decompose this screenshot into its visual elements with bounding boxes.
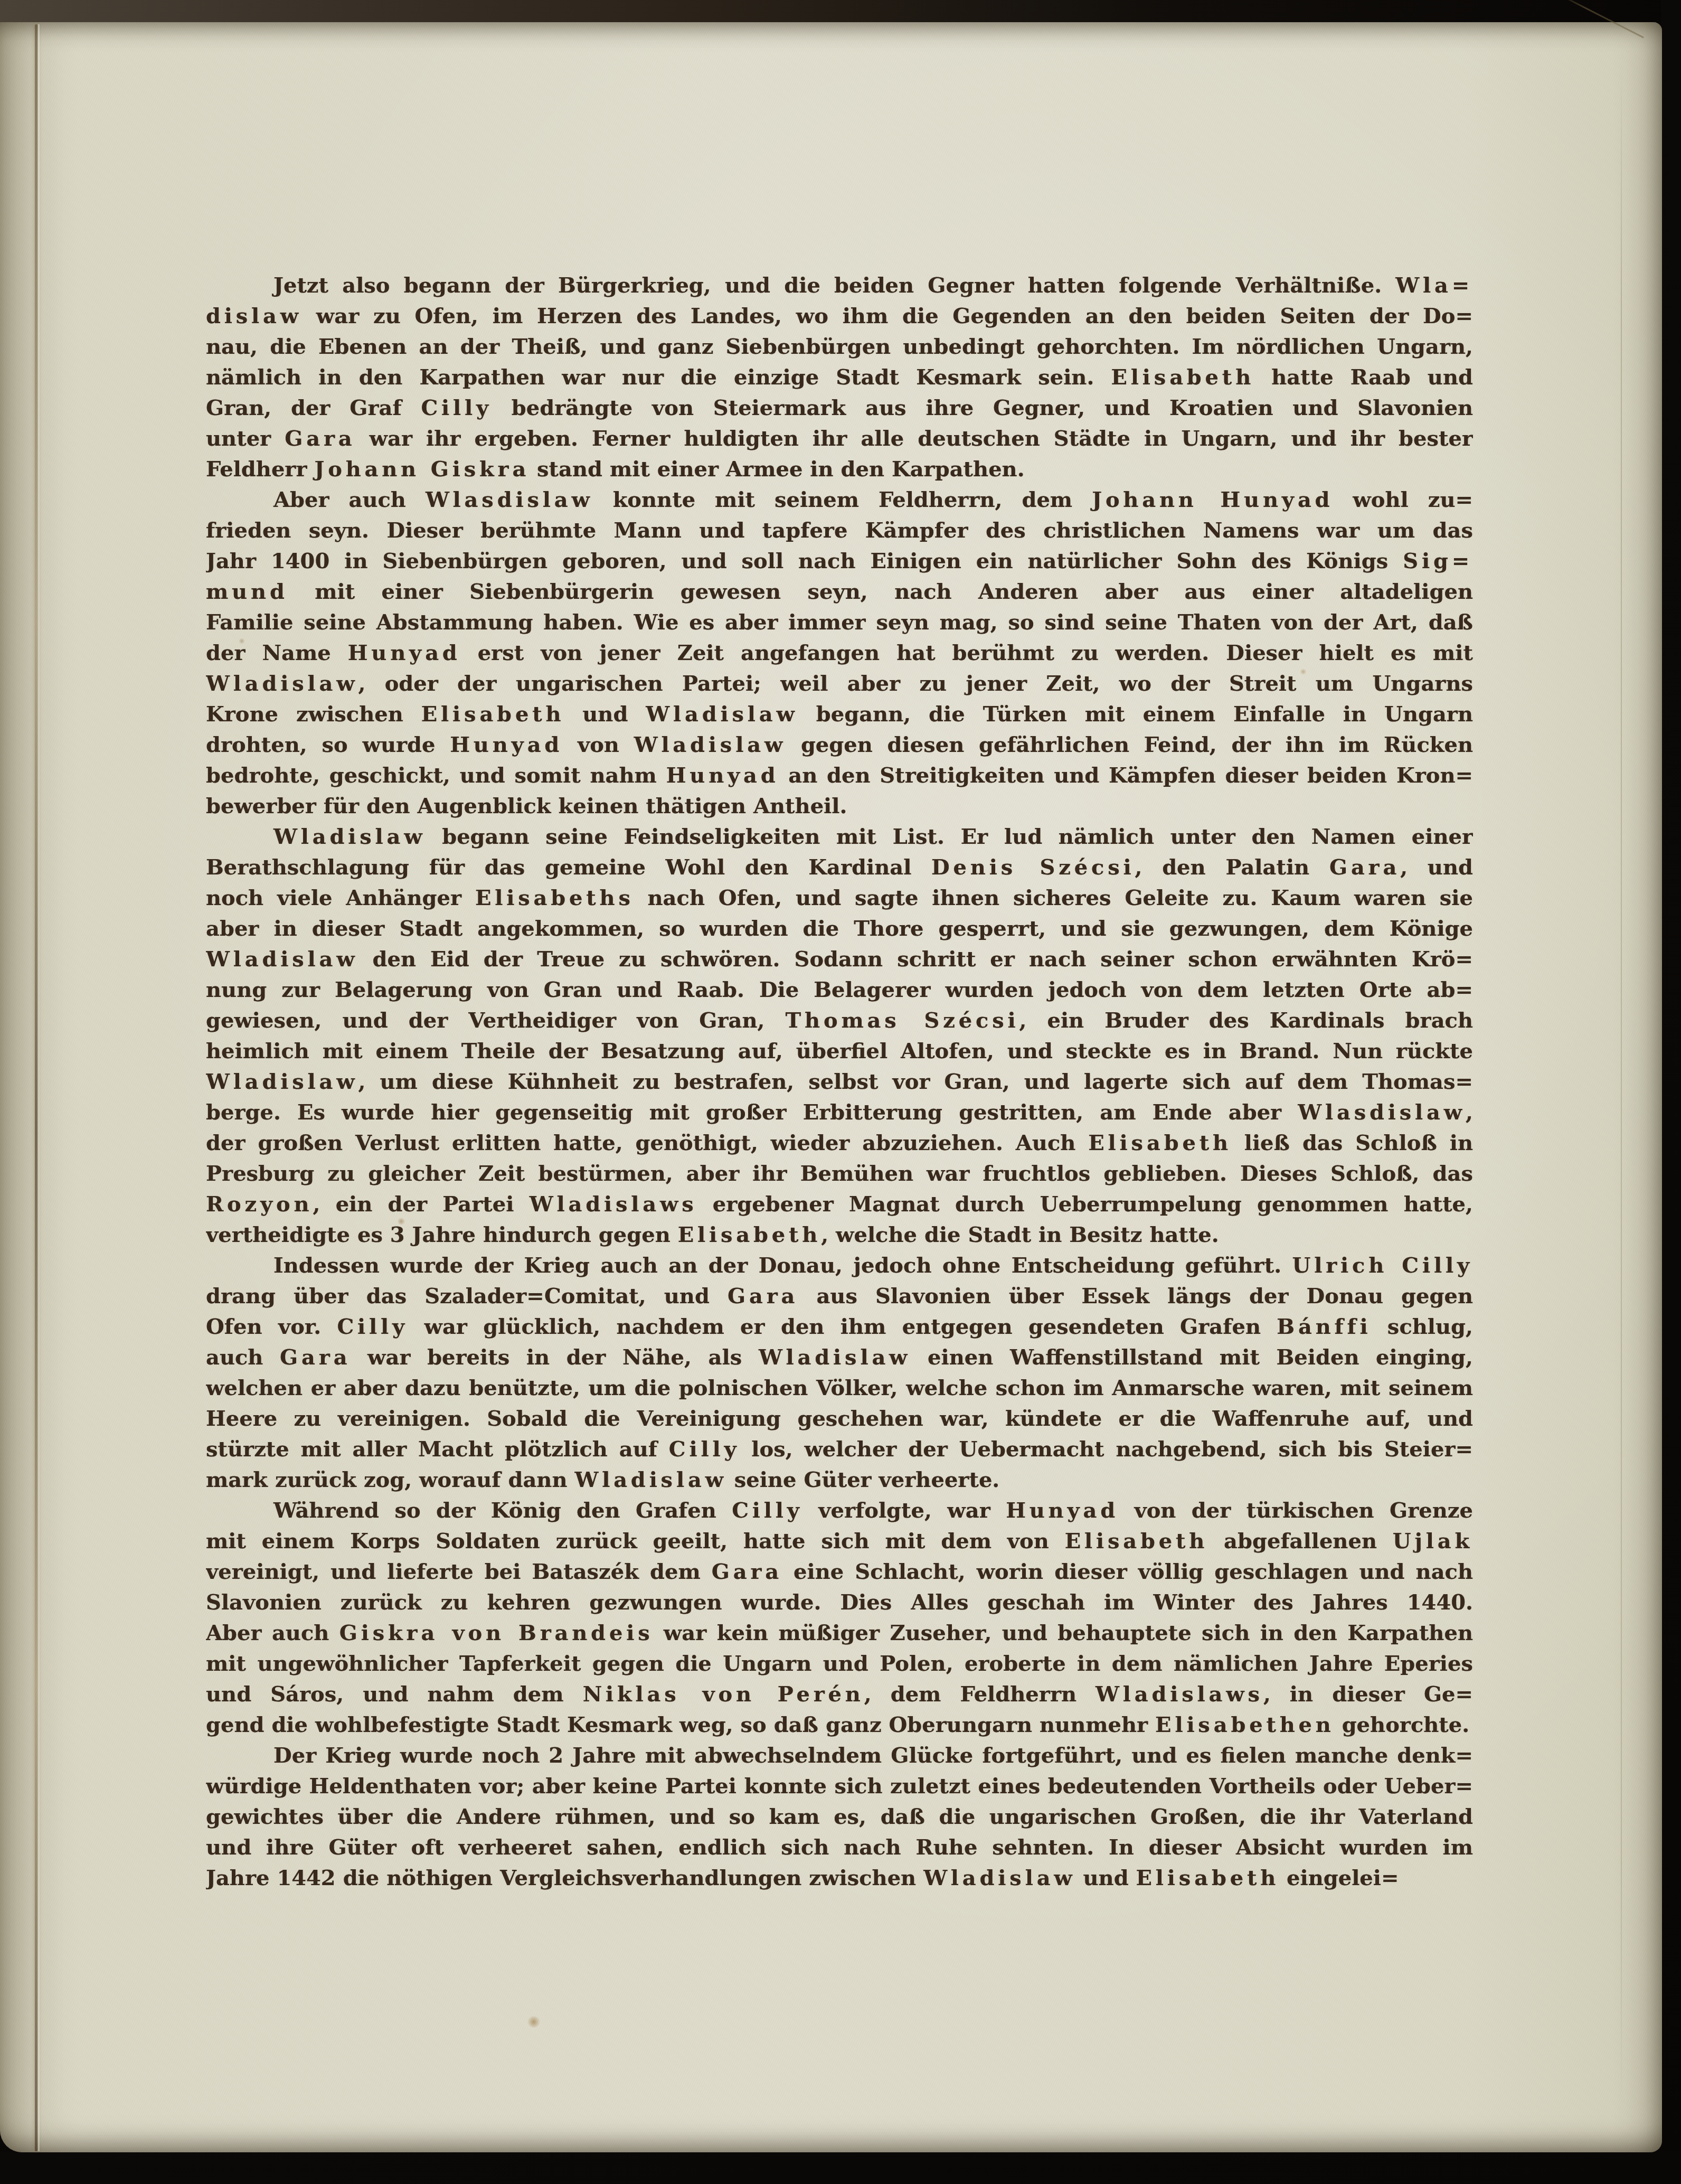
text-segment: los, welcher der Uebermacht nachgebend, … — [740, 1437, 1473, 1462]
text-segment: vertheidigte es 3 Jahre hindurch gegen — [206, 1222, 678, 1247]
text-segment: Feldherr — [206, 457, 314, 482]
spaced-name: Elisabeth — [1111, 365, 1255, 390]
text-line: noch viele Anhänger Elisabeths nach Ofen… — [206, 883, 1473, 914]
spaced-name: Sig= — [1403, 549, 1473, 573]
spaced-name: Johann Giskra — [314, 457, 530, 482]
text-segment: berge. Es wurde hier gegenseitig mit gro… — [206, 1100, 1298, 1125]
text-segment: Jahre 1442 die nöthigen Vergleichsverhan… — [206, 1866, 923, 1890]
text-segment: war zu Ofen, im Herzen des Landes, wo ih… — [302, 304, 1473, 328]
text-segment: noch viele Anhänger — [206, 886, 475, 910]
text-segment: und — [1076, 1866, 1136, 1890]
text-line: heimlich mit einem Theile der Besatzung … — [206, 1036, 1473, 1067]
spaced-name: Wladislaws — [1096, 1682, 1263, 1707]
text-segment: der Name — [206, 641, 348, 665]
text-segment: gewiesen, und der Vertheidiger von Gran, — [206, 1008, 786, 1033]
text-segment: Krone zwischen — [206, 702, 421, 727]
text-segment: , oder der ungarischen Partei; weil aber… — [358, 671, 1473, 696]
spaced-name: Gara — [280, 1345, 351, 1370]
text-segment: gehorchte. — [1335, 1712, 1469, 1737]
spaced-name: Gara — [285, 426, 355, 451]
spaced-name: Wladislaw — [923, 1866, 1075, 1890]
spaced-name: Hunyad — [450, 732, 563, 757]
spaced-name: Wladislaws — [530, 1192, 697, 1217]
spaced-name: Cilly — [732, 1498, 803, 1523]
text-line: Jahre 1442 die nöthigen Vergleichsverhan… — [206, 1863, 1473, 1894]
text-segment: , den Palatin — [1135, 855, 1329, 880]
text-line: vereinigt, und lieferte bei Bataszék dem… — [206, 1557, 1473, 1587]
text-segment: Aber auch — [273, 487, 426, 512]
text-line: Während so der König den Grafen Cilly ve… — [206, 1495, 1473, 1526]
text-line: Krone zwischen Elisabeth und Wladislaw b… — [206, 699, 1473, 730]
text-segment: , ein der Partei — [313, 1192, 529, 1217]
text-segment: , dem Feldherrn — [864, 1682, 1096, 1707]
spaced-name: mund — [206, 579, 288, 604]
spaced-name: Elisabeth — [678, 1222, 821, 1247]
text-segment: Familie seine Abstammung haben. Wie es a… — [206, 610, 1473, 635]
text-segment: der großen Verlust erlitten hatte, genöt… — [206, 1131, 1088, 1155]
text-segment: Ofen vor. — [206, 1314, 337, 1339]
text-segment: mit ungewöhnlicher Tapferkeit gegen die … — [206, 1651, 1473, 1676]
text-segment: heimlich mit einem Theile der Besatzung … — [206, 1039, 1473, 1063]
spaced-name: Elisabeths — [475, 886, 634, 910]
text-line: Gran, der Graf Cilly bedrängte von Steie… — [206, 393, 1473, 423]
text-line: auch Gara war bereits in der Nähe, als W… — [206, 1342, 1473, 1373]
spaced-name: Elisabethen — [1155, 1712, 1335, 1737]
scanner-background-top — [0, 0, 1681, 24]
text-segment: einen Waffenstillstand mit Beiden eingin… — [911, 1345, 1473, 1370]
text-line: Rozyon, ein der Partei Wladislaws ergebe… — [206, 1189, 1473, 1220]
text-line: mit ungewöhnlicher Tapferkeit gegen die … — [206, 1649, 1473, 1679]
text-line: Wladislaw den Eid der Treue zu schwören.… — [206, 944, 1473, 975]
text-segment: begann seine Feindseligkeiten mit List. … — [426, 824, 1473, 849]
spaced-name: Wlasdislaw — [1298, 1100, 1466, 1125]
gutter-crease-highlight — [38, 24, 40, 2151]
text-segment: nach Ofen, und sagte ihnen sicheres Gele… — [634, 886, 1473, 910]
spaced-name: Wladislaw — [273, 824, 426, 849]
text-segment: Jetzt also begann der Bürgerkrieg, und d… — [273, 273, 1395, 298]
spaced-name: Wladislaw — [574, 1467, 726, 1492]
text-segment: schlug, — [1372, 1314, 1473, 1339]
text-line: frieden seyn. Dieser berühmte Mann und t… — [206, 515, 1473, 546]
spaced-name: Rozyon — [206, 1192, 313, 1217]
text-line: mark zurück zog, worauf dann Wladislaw s… — [206, 1465, 1473, 1495]
text-segment: begann, die Türken mit einem Einfalle in… — [798, 702, 1473, 727]
text-segment: mit einem Korps Soldaten zurück geeilt, … — [206, 1529, 1065, 1554]
text-segment: Berathschlagung für das gemeine Wohl den… — [206, 855, 931, 880]
text-segment: von der türkischen Grenze — [1119, 1498, 1473, 1523]
text-line: Berathschlagung für das gemeine Wohl den… — [206, 852, 1473, 883]
text-line: bewerber für den Augenblick keinen thäti… — [206, 791, 1473, 822]
text-line: Der Krieg wurde noch 2 Jahre mit abwechs… — [206, 1740, 1473, 1771]
spaced-name: Giskra von Brandeis — [339, 1621, 654, 1645]
text-segment: unter — [206, 426, 285, 451]
spaced-name: Elisabeth — [1136, 1866, 1280, 1890]
text-segment: frieden seyn. Dieser berühmte Mann und t… — [206, 518, 1473, 543]
text-segment: bedrängte von Steiermark aus ihre Gegner… — [492, 396, 1473, 420]
text-line: aber in dieser Stadt angekommen, so wurd… — [206, 914, 1473, 944]
spaced-name: Wladislaw — [634, 732, 786, 757]
text-segment: bedrohte, geschickt, und somit nahm — [206, 763, 666, 788]
spaced-name: Johann Hunyad — [1092, 487, 1333, 512]
text-segment: würdige Heldenthaten vor; aber keine Par… — [206, 1774, 1473, 1799]
text-segment: abgefallenen — [1208, 1529, 1393, 1554]
spaced-name: Wladislaw — [759, 1345, 911, 1370]
text-line: und Sáros, und nahm dem Niklas von Perén… — [206, 1679, 1473, 1710]
text-line: welchen er aber dazu benützte, um die po… — [206, 1373, 1473, 1404]
spaced-name: Wladislaw — [206, 947, 358, 972]
text-segment: stürzte mit aller Macht plötzlich auf — [206, 1437, 669, 1462]
text-segment: , welche die Stadt in Besitz hatte. — [821, 1222, 1219, 1247]
text-segment: eingelei= — [1279, 1866, 1399, 1890]
spaced-name: Wladislaw — [646, 702, 798, 727]
text-segment: mark zurück zog, worauf dann — [206, 1467, 574, 1492]
text-line: drohten, so wurde Hunyad von Wladislaw g… — [206, 730, 1473, 760]
text-segment: Presburg zu gleicher Zeit bestürmen, abe… — [206, 1161, 1473, 1186]
text-line: der Name Hunyad erst von jener Zeit ange… — [206, 638, 1473, 669]
text-segment: ließ das Schloß in — [1232, 1131, 1473, 1155]
text-segment: welchen er aber dazu benützte, um die po… — [206, 1376, 1473, 1400]
spaced-name: Bánffi — [1277, 1314, 1371, 1339]
text-line: Jahr 1400 in Siebenbürgen geboren, und s… — [206, 546, 1473, 577]
spaced-name: Cilly — [669, 1437, 740, 1462]
text-line: drang über das Szalader=Comitat, und Gar… — [206, 1281, 1473, 1312]
text-line: Aber auch Wlasdislaw konnte mit seinem F… — [206, 485, 1473, 515]
spaced-name: Gara — [712, 1559, 782, 1584]
text-segment: vereinigt, und lieferte bei Bataszék dem — [206, 1559, 712, 1584]
text-line: Wladislaw begann seine Feindseligkeiten … — [206, 822, 1473, 852]
spaced-name: Wlasdislaw — [426, 487, 593, 512]
text-line: vertheidigte es 3 Jahre hindurch gegen E… — [206, 1220, 1473, 1250]
text-segment: Heere zu vereinigen. Sobald die Vereinig… — [206, 1406, 1473, 1431]
text-segment: nämlich in den Karpathen war nur die ein… — [206, 365, 1111, 390]
scan-background: { "page": { "kind": "scanned-book-page",… — [0, 0, 1681, 2184]
spaced-name: Elisabeth — [1088, 1131, 1232, 1155]
spaced-name: Niklas von Perén — [583, 1682, 864, 1707]
text-line: Familie seine Abstammung haben. Wie es a… — [206, 607, 1473, 638]
text-line: Presburg zu gleicher Zeit bestürmen, abe… — [206, 1159, 1473, 1189]
spaced-name: dislaw — [206, 304, 302, 328]
spaced-name: Denis Szécsi — [931, 855, 1135, 880]
text-line: bedrohte, geschickt, und somit nahm Huny… — [206, 760, 1473, 791]
text-line: Ofen vor. Cilly war glücklich, nachdem e… — [206, 1312, 1473, 1342]
text-segment: , in dieser Ge= — [1263, 1682, 1473, 1707]
text-segment: erst von jener Zeit angefangen hat berüh… — [461, 641, 1473, 665]
text-segment: war kein müßiger Zuseher, und behauptete… — [653, 1621, 1473, 1645]
text-segment: Der Krieg wurde noch 2 Jahre mit abwechs… — [273, 1743, 1473, 1768]
spaced-name: Wladislaw — [206, 1069, 358, 1094]
text-segment: konnte mit seinem Feldherrn, dem — [593, 487, 1092, 512]
text-segment: hatte Raab und — [1254, 365, 1473, 390]
text-line: Wladislaw, um diese Kühnheit zu bestrafe… — [206, 1067, 1473, 1097]
spaced-name: Hunyad — [666, 763, 779, 788]
text-segment: gewichtes über die Andere rühmen, und so… — [206, 1804, 1473, 1829]
page-edge-line — [1621, 63, 1622, 2110]
spaced-name: Elisabeth — [1065, 1529, 1208, 1554]
text-segment: drang über das Szalader=Comitat, und — [206, 1284, 728, 1308]
spaced-name: Cilly — [337, 1314, 408, 1339]
text-segment: Gran, der Graf — [206, 396, 421, 420]
gutter-crease-line — [35, 24, 37, 2151]
text-line: mund mit einer Siebenbürgerin gewesen se… — [206, 577, 1473, 607]
text-segment: auch — [206, 1345, 280, 1370]
text-line: mit einem Korps Soldaten zurück geeilt, … — [206, 1526, 1473, 1557]
text-line: unter Gara war ihr ergeben. Ferner huldi… — [206, 423, 1473, 454]
text-segment: war ihr ergeben. Ferner huldigten ihr al… — [356, 426, 1473, 451]
text-segment: Slavonien zurück zu kehren gezwungen wur… — [206, 1590, 1473, 1615]
text-segment: drohten, so wurde — [206, 732, 450, 757]
text-segment: von — [563, 732, 634, 757]
text-segment: nung zur Belagerung von Gran und Raab. D… — [206, 977, 1473, 1002]
spaced-name: Wla= — [1395, 273, 1473, 298]
text-segment: und ihre Güter oft verheeret sahen, endl… — [206, 1835, 1473, 1860]
scanner-background-right — [1661, 0, 1681, 2184]
scanner-background-bottom — [0, 2151, 1681, 2184]
text-segment: , um diese Kühnheit zu bestrafen, selbst… — [358, 1069, 1473, 1094]
text-segment: stand mit einer Armee in den Karpathen. — [530, 457, 1024, 482]
text-segment: Während so der König den Grafen — [273, 1498, 732, 1523]
text-segment: Indessen wurde der Krieg auch an der Don… — [273, 1253, 1292, 1278]
spaced-name: Ujlak — [1393, 1529, 1473, 1554]
text-line: der großen Verlust erlitten hatte, genöt… — [206, 1128, 1473, 1159]
text-segment: den Eid der Treue zu schwören. Sodann sc… — [358, 947, 1473, 972]
text-segment: aber in dieser Stadt angekommen, so wurd… — [206, 916, 1473, 941]
text-segment: , — [1466, 1100, 1473, 1125]
text-segment: war glücklich, nachdem er den ihm entgeg… — [408, 1314, 1277, 1339]
text-line: Jetzt also begann der Bürgerkrieg, und d… — [206, 270, 1473, 301]
text-segment: war bereits in der Nähe, als — [351, 1345, 759, 1370]
text-segment: nau, die Ebenen an der Theiß, und ganz S… — [206, 334, 1473, 359]
text-segment: gend die wohlbefestigte Stadt Kesmark we… — [206, 1712, 1155, 1737]
spaced-name: Hunyad — [1006, 1498, 1119, 1523]
text-segment: wohl zu= — [1333, 487, 1473, 512]
text-segment: an den Streitigkeiten und Kämpfen dieser… — [779, 763, 1473, 788]
text-line: nung zur Belagerung von Gran und Raab. D… — [206, 975, 1473, 1005]
text-line: nämlich in den Karpathen war nur die ein… — [206, 362, 1473, 393]
text-line: und ihre Güter oft verheeret sahen, endl… — [206, 1832, 1473, 1863]
text-line: Heere zu vereinigen. Sobald die Vereinig… — [206, 1404, 1473, 1434]
spaced-name: Ulrich Cilly — [1292, 1253, 1473, 1278]
text-segment: seine Güter verheerte. — [727, 1467, 999, 1492]
text-segment: bewerber für den Augenblick keinen thäti… — [206, 794, 847, 818]
text-segment: , ein Bruder des Kardinals brach — [1019, 1008, 1473, 1033]
text-segment: , und — [1400, 855, 1473, 880]
text-segment: eine Schlacht, worin dieser völlig gesch… — [782, 1559, 1473, 1584]
text-line: Wladislaw, oder der ungarischen Partei; … — [206, 669, 1473, 699]
text-line: Aber auch Giskra von Brandeis war kein m… — [206, 1618, 1473, 1649]
text-line: gewichtes über die Andere rühmen, und so… — [206, 1802, 1473, 1832]
spaced-name: Wladislaw — [206, 671, 358, 696]
text-segment: Aber auch — [206, 1621, 339, 1645]
spaced-name: Cilly — [421, 396, 492, 420]
text-line: würdige Heldenthaten vor; aber keine Par… — [206, 1771, 1473, 1802]
text-line: Slavonien zurück zu kehren gezwungen wur… — [206, 1587, 1473, 1618]
text-line: Indessen wurde der Krieg auch an der Don… — [206, 1250, 1473, 1281]
text-segment: verfolgte, war — [803, 1498, 1006, 1523]
text-line: Feldherr Johann Giskra stand mit einer A… — [206, 454, 1473, 485]
text-segment: Jahr 1400 in Siebenbürgen geboren, und s… — [206, 549, 1403, 573]
page-text: Jetzt also begann der Bürgerkrieg, und d… — [206, 270, 1473, 1894]
text-segment: ergebener Magnat durch Ueberrumpelung ge… — [697, 1192, 1473, 1217]
foxing-speck — [527, 2016, 541, 2028]
spaced-name: Gara — [728, 1284, 798, 1308]
text-segment: und — [564, 702, 646, 727]
text-segment: gegen diesen gefährlichen Feind, der ihn… — [786, 732, 1473, 757]
text-line: stürzte mit aller Macht plötzlich auf Ci… — [206, 1434, 1473, 1465]
text-segment: und Sáros, und nahm dem — [206, 1682, 583, 1707]
text-segment: mit einer Siebenbürgerin gewesen seyn, n… — [206, 579, 1473, 607]
text-line: nau, die Ebenen an der Theiß, und ganz S… — [206, 332, 1473, 362]
spaced-name: Gara — [1329, 855, 1400, 880]
text-line: dislaw war zu Ofen, im Herzen des Landes… — [206, 301, 1473, 332]
text-line: gewiesen, und der Vertheidiger von Gran,… — [206, 1005, 1473, 1036]
spaced-name: Thomas Szécsi — [786, 1008, 1019, 1033]
spaced-name: Elisabeth — [421, 702, 565, 727]
text-line: berge. Es wurde hier gegenseitig mit gro… — [206, 1097, 1473, 1128]
text-segment: aus Slavonien über Essek längs der Donau… — [798, 1284, 1473, 1308]
spaced-name: Hunyad — [348, 641, 461, 665]
text-line: gend die wohlbefestigte Stadt Kesmark we… — [206, 1710, 1473, 1740]
